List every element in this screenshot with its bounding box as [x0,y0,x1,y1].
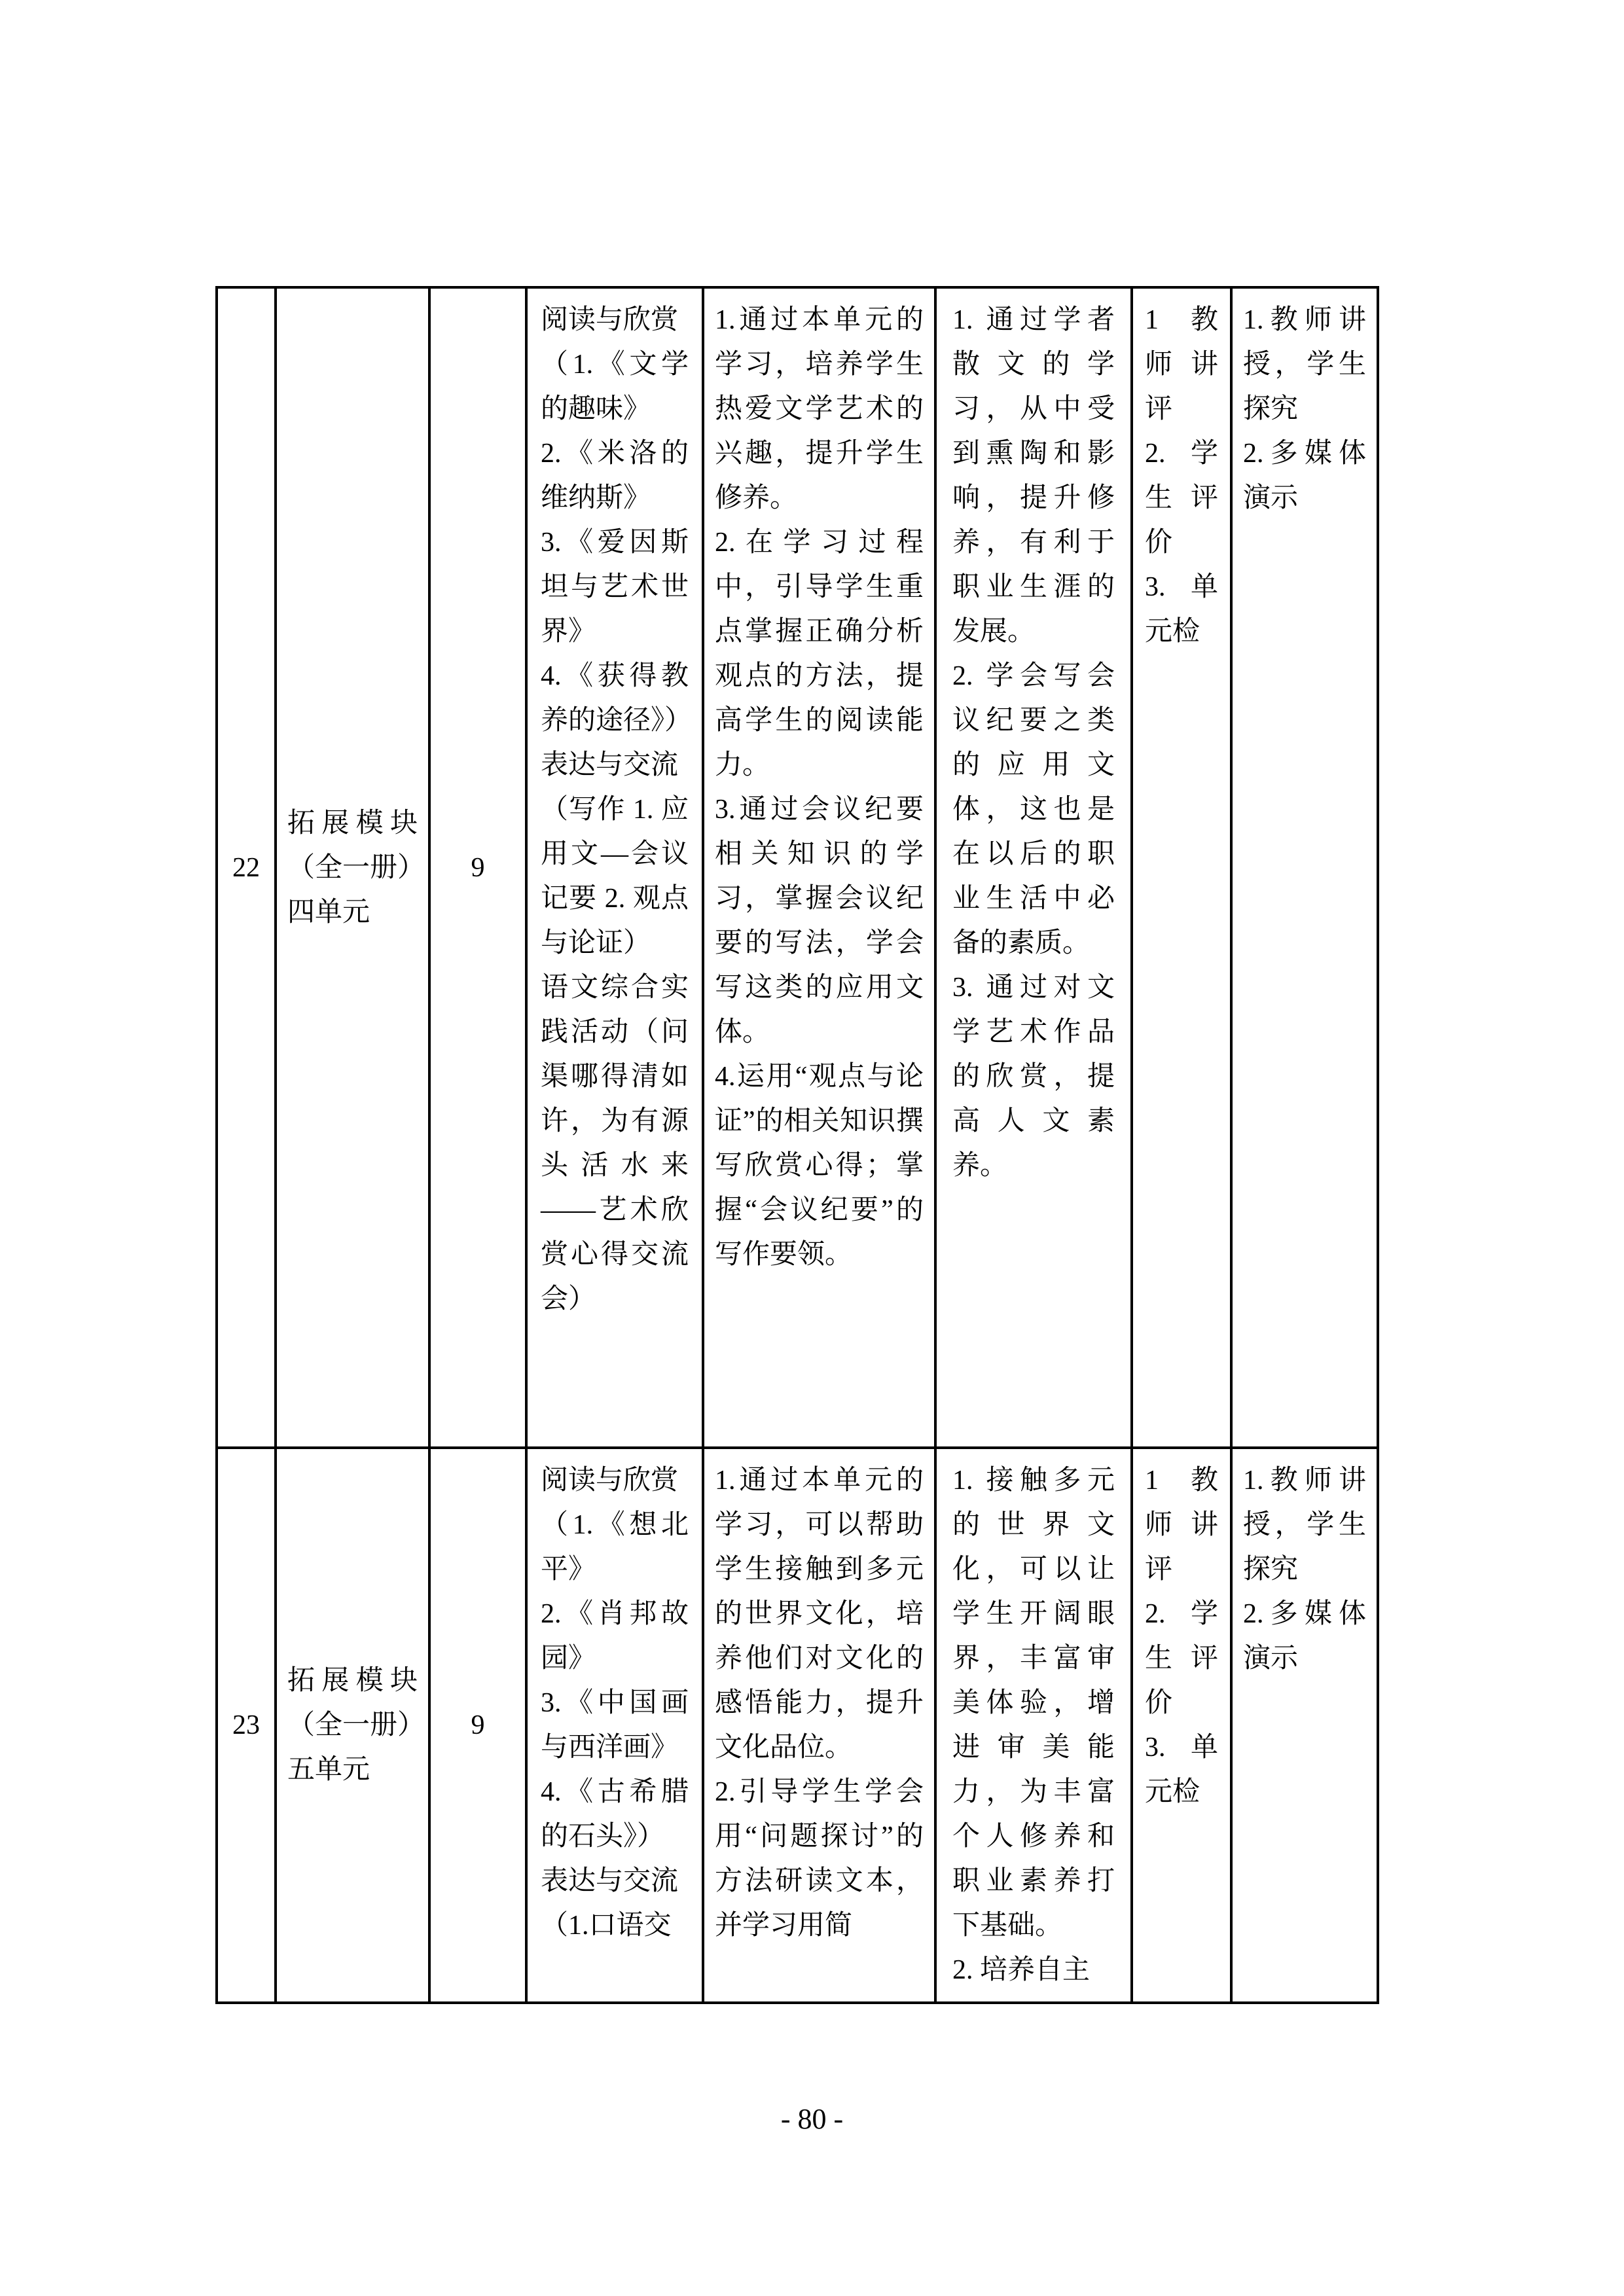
paragraph: 1. 接触多元的世界文化，可以让学生开阔眼界，丰富审美体验，增进审美能力，为丰富… [952,1458,1115,1948]
paragraph: 阅读与欣赏 [541,1458,689,1503]
paragraph: （1.口语交 [541,1903,689,1948]
cell-key-difficult-points: 1. 接触多元的世界文化，可以让学生开阔眼界，丰富审美体验，增进审美能力，为丰富… [935,1448,1132,2003]
cell-serial-number: 23 [217,1448,276,2003]
paragraph: 1 教师讲评 [1145,1458,1218,1592]
paragraph: 3.《爱因斯坦与艺术世界》 [541,520,689,654]
paragraph: 2.多媒体演示 [1243,431,1366,520]
module-line: 五单元 [287,1748,418,1792]
paragraph: 2.《米洛的维纳斯》 [541,431,689,520]
paragraph: 1 教师讲评 [1145,298,1218,431]
paragraph: 3.《中国画与西洋画》 [541,1681,689,1770]
paragraph: 4.《获得教养的途径》） [541,654,689,743]
paragraph: 2. 培养自主 [952,1948,1115,1992]
paragraph: 2.多媒体演示 [1243,1592,1366,1681]
cell-class-hours: 9 [429,287,526,1448]
cell-assessment-methods: 1 教师讲评 2. 学生评价 3. 单元检 [1132,287,1231,1448]
cell-teaching-content: 阅读与欣赏 （1.《想北平》 2.《肖邦故园》 3.《中国画与西洋画》 4.《古… [526,1448,703,2003]
paragraph: （写作 1. 应用文—会议记要 2. 观点与论证） [541,787,689,965]
paragraph: 2.在学习过程中，引导学生重点掌握正确分析观点的方法，提高学生的阅读能力。 [715,520,924,787]
cell-module-name: 拓展模块（全一册） 四单元 [276,287,429,1448]
paragraph: 3. 单元检 [1145,1725,1218,1814]
paragraph: 表达与交流 [541,743,689,787]
paragraph: 阅读与欣赏 [541,298,689,342]
cell-module-name: 拓展模块（全一册） 五单元 [276,1448,429,2003]
paragraph: 3. 单元检 [1145,565,1218,654]
paragraph: 2. 学会写会议纪要之类的应用文体，这也是在以后的职业生活中必备的素质。 [952,654,1115,965]
paragraph: 语文综合实践活动（问渠哪得清如许，为有源头活水来——艺术欣赏心得交流会） [541,965,689,1321]
paragraph: 4.运用“观点与论证”的相关知识撰写欣赏心得；掌握“会议纪要”的写作要领。 [715,1054,924,1277]
page-number: - 80 - [0,2100,1624,2139]
paragraph: 2.引导学生学会用“问题探讨”的方法研读文本，并学习用简 [715,1770,924,1948]
cell-teaching-methods: 1.教师讲授，学生探究 2.多媒体演示 [1231,1448,1378,2003]
paragraph: 1.通过本单元的学习，培养学生热爱文学艺术的兴趣，提升学生修养。 [715,298,924,520]
cell-class-hours: 9 [429,1448,526,2003]
paragraph: 2. 学生评价 [1145,1592,1218,1725]
paragraph: 表达与交流 [541,1859,689,1903]
table-row-23: 23 拓展模块（全一册） 五单元 9 阅读与欣赏 （1.《想北平》 2.《肖邦故… [217,1448,1378,2003]
cell-teaching-content: 阅读与欣赏 （1.《文学的趣味》 2.《米洛的维纳斯》 3.《爱因斯坦与艺术世界… [526,287,703,1448]
cell-teaching-objectives: 1.通过本单元的学习，培养学生热爱文学艺术的兴趣，提升学生修养。 2.在学习过程… [703,287,935,1448]
cell-serial-number: 22 [217,287,276,1448]
paragraph: 2.《肖邦故园》 [541,1592,689,1681]
module-line: 拓展模块（全一册） [287,801,418,890]
module-line: 四单元 [287,890,418,935]
paragraph: 4.《古希腊的石头》） [541,1770,689,1859]
paragraph: 2. 学生评价 [1145,431,1218,565]
paragraph: （1.《文学的趣味》 [541,342,689,431]
paragraph: 1.通过本单元的学习，可以帮助学生接触到多元的世界文化，培养他们对文化的感悟能力… [715,1458,924,1770]
paragraph: 1. 通过学者散文的学习，从中受到熏陶和影响，提升修养，有利于职业生涯的发展。 [952,298,1115,654]
cell-assessment-methods: 1 教师讲评 2. 学生评价 3. 单元检 [1132,1448,1231,2003]
teaching-plan-table: 22 拓展模块（全一册） 四单元 9 阅读与欣赏 （1.《文学的趣味》 2.《米… [215,286,1379,2004]
module-line: 拓展模块（全一册） [287,1659,418,1748]
table-row-22: 22 拓展模块（全一册） 四单元 9 阅读与欣赏 （1.《文学的趣味》 2.《米… [217,287,1378,1448]
cell-key-difficult-points: 1. 通过学者散文的学习，从中受到熏陶和影响，提升修养，有利于职业生涯的发展。 … [935,287,1132,1448]
paragraph: 3. 通过对文学艺术作品的欣赏，提高人文素养。 [952,965,1115,1188]
paragraph: 3.通过会议纪要相关知识的学习，掌握会议纪要的写法，学会写这类的应用文体。 [715,787,924,1054]
cell-teaching-objectives: 1.通过本单元的学习，可以帮助学生接触到多元的世界文化，培养他们对文化的感悟能力… [703,1448,935,2003]
paragraph: （1.《想北平》 [541,1503,689,1592]
paragraph: 1.教师讲授，学生探究 [1243,1458,1366,1592]
paragraph: 1.教师讲授，学生探究 [1243,298,1366,431]
cell-teaching-methods: 1.教师讲授，学生探究 2.多媒体演示 [1231,287,1378,1448]
